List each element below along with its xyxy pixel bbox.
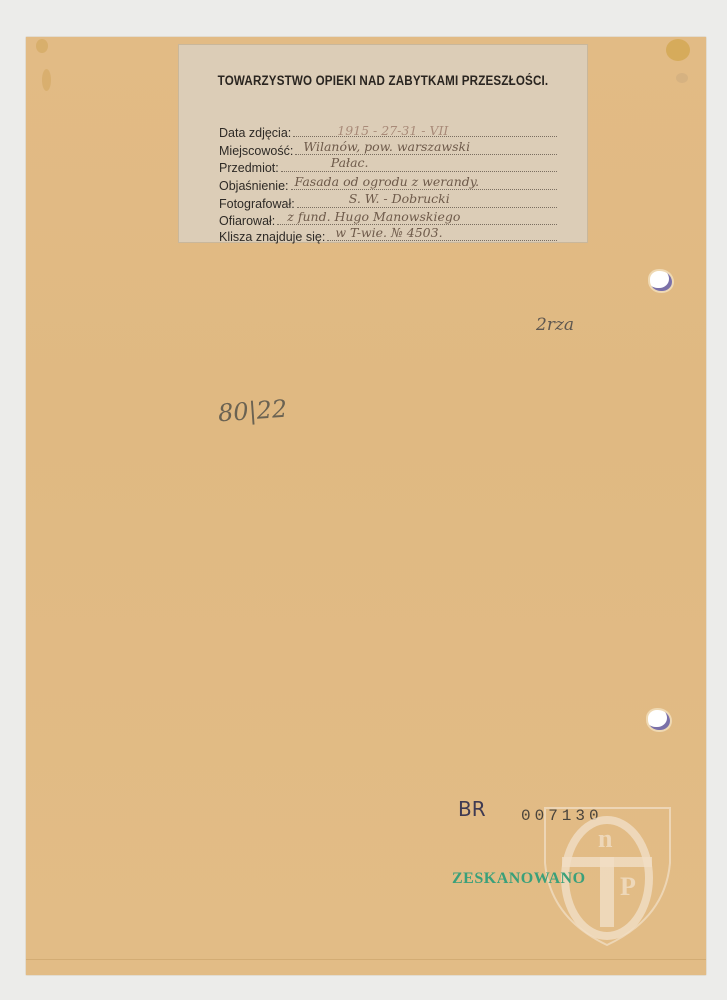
field-value: Wilanów, pow. warszawski (303, 139, 470, 154)
field-negative-location: Klisza znajduje się: w T-wie. № 4503. (219, 228, 557, 244)
field-label: Miejscowość: (219, 144, 293, 158)
field-value: 1915 - 27-31 - VII (337, 123, 448, 138)
field-place: Miejscowość: Wilanów, pow. warszawski (219, 142, 557, 158)
field-value: S. W. - Dobrucki (349, 191, 450, 206)
field-label: Data zdjęcia: (219, 126, 291, 140)
field-label: Klisza znajduje się: (219, 230, 325, 244)
svg-text:P: P (620, 872, 636, 901)
field-date: Data zdjęcia: 1915 - 27-31 - VII (219, 124, 557, 140)
field-label: Fotografował: (219, 197, 295, 211)
field-subject: Przedmiot: Pałac. (219, 159, 557, 175)
signature-prefix: BR (458, 797, 486, 821)
field-value: Fasada od ogrodu z werandy. (295, 174, 480, 189)
paper-fold-line (26, 959, 706, 960)
field-value: w T-wie. № 4503. (335, 225, 442, 240)
punch-hole-top (650, 271, 672, 291)
stain-left (42, 69, 51, 91)
field-value: Pałac. (331, 155, 369, 170)
field-label: Przedmiot: (219, 161, 279, 175)
stain-top-left (36, 39, 48, 53)
shelf-mark: 80|22 (217, 395, 288, 428)
document-paper: TOWARZYSTWO OPIEKI NAD ZABYTKAMI PRZESZŁ… (26, 37, 706, 975)
field-label: Objaśnienie: (219, 179, 289, 193)
pencil-note: 2rza (536, 315, 574, 335)
scan-stamp: ZESKANOWANO (452, 870, 586, 888)
field-value: z fund. Hugo Manowskiego (287, 209, 460, 224)
field-label: Ofiarował: (219, 214, 275, 228)
label-title: TOWARZYSTWO OPIEKI NAD ZABYTKAMI PRZESZŁ… (208, 73, 559, 88)
svg-text:n: n (598, 824, 613, 853)
stain-top-right-2 (676, 73, 688, 83)
punch-hole-bottom (648, 710, 670, 730)
catalog-label-card: TOWARZYSTWO OPIEKI NAD ZABYTKAMI PRZESZŁ… (178, 44, 588, 243)
stain-top-right (666, 39, 690, 61)
